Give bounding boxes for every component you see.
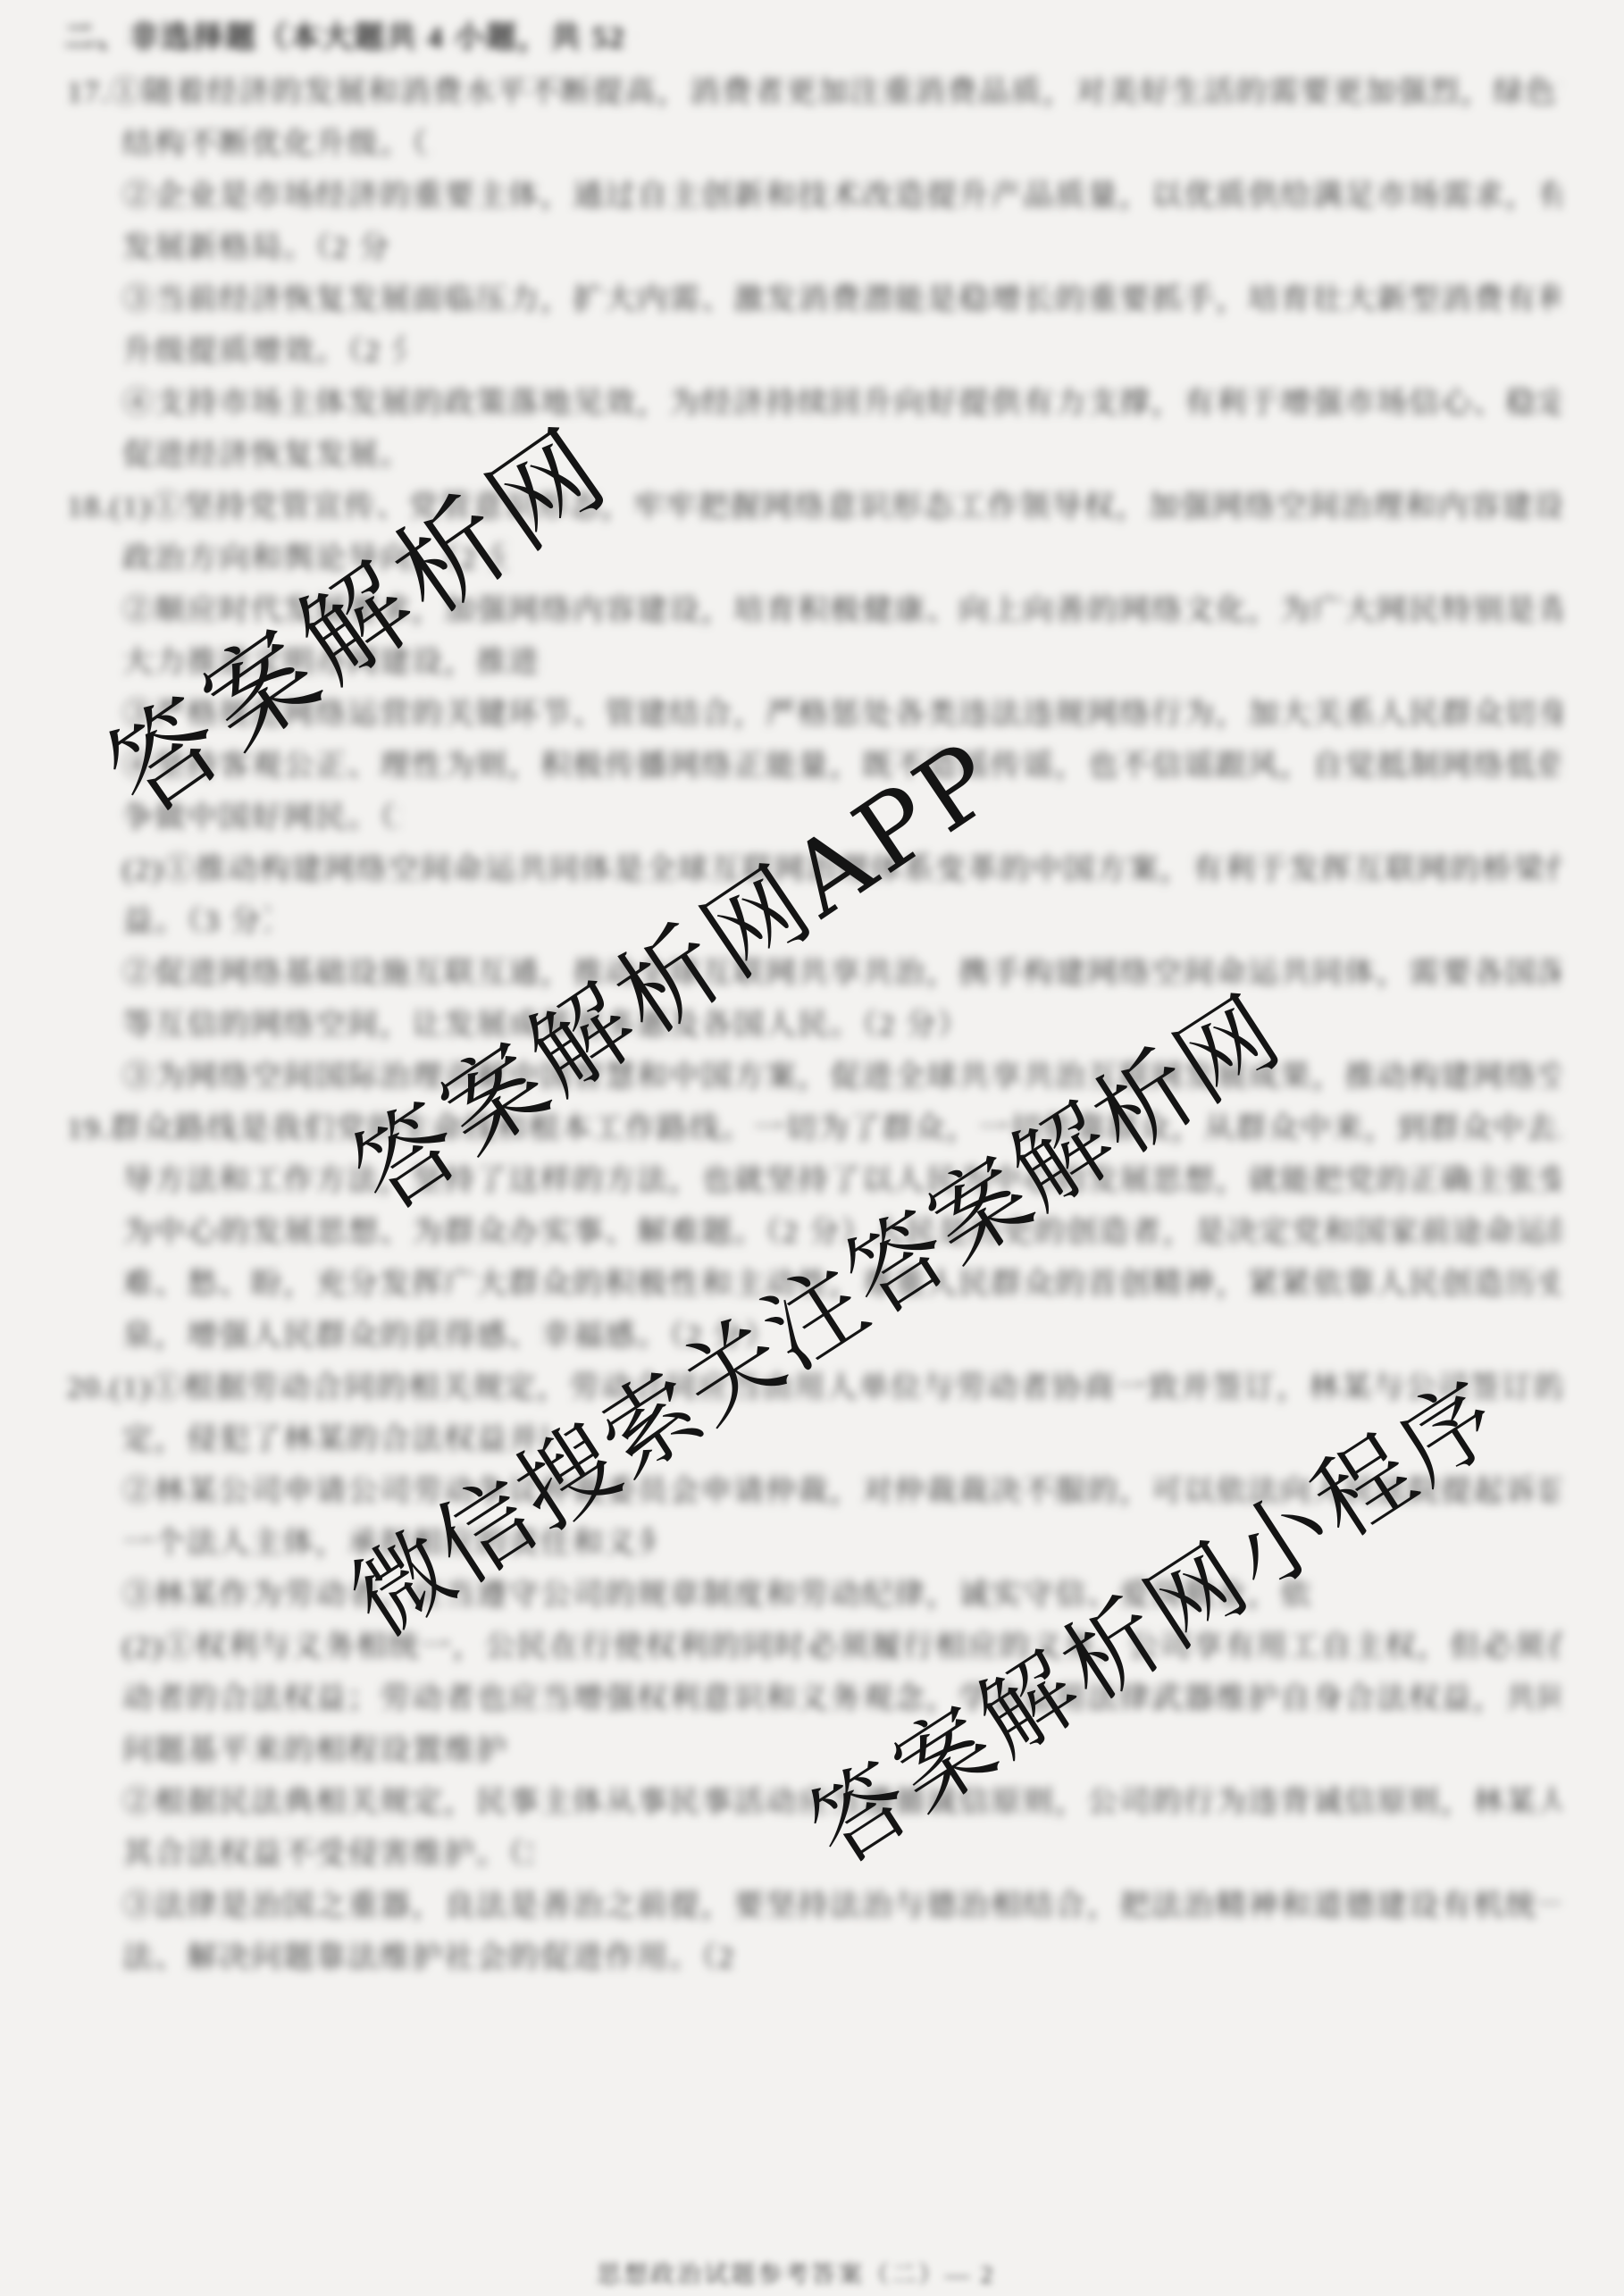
answer-text-line: 大力推进文明办网建设，推进社会主义建设需要我。（2 分） — [122, 642, 542, 683]
exam-answer-sheet-page: 二、非选择题（本大题共 4 小题，共 52 分） 17.①随着经济的发展和消费水… — [0, 0, 1624, 2296]
answer-text-line: ③为网络空间国际治理贡献中国智慧和中国方案，促进全球共享共治互联网发展成果，推动… — [122, 1057, 1561, 1098]
section-header: 二、非选择题（本大题共 4 小题，共 52 分） — [64, 18, 636, 59]
answer-text-line: ②根据民法典相关规定，民事主体从事民事活动应当遵循诚信原则，公司的行为违背诚信原… — [122, 1782, 1561, 1823]
answer-text-line: ④支持市场主体发展的政策落地见效，为经济持续回升向好提供有力支撑，有利于增强市场… — [122, 383, 1561, 424]
page-footer: 思想政治试题参考答案（二）— 2 — [597, 2255, 995, 2290]
answer-text-line: 等互信的网络空间，让发展成果更多惠及各国人民。（2 分） — [122, 1005, 949, 1046]
answer-text-line: (2)①权利与义务相统一，公民在行使权利的同时必须履行相应的义务，公司享有用工自… — [122, 1627, 1561, 1668]
answer-text-line: ②企业是市场经济的重要主体，通过自主创新和技术改造提升产品质量，以优质供给满足市… — [122, 176, 1561, 217]
answer-text-line: 争做中国好网民。（2 分） — [122, 798, 399, 839]
answer-text-line: 20.(1)①根据劳动合同的相关规定，劳动合同应当由用人单位与劳动者协商一致并签… — [67, 1368, 1561, 1409]
answer-text-line: 结构不断优化升级。（2 分） — [122, 124, 431, 165]
answer-text-line: (2)①推动构建网络空间命运共同体是全球互联网治理体系变革的中国方案，有利于发挥… — [122, 850, 1561, 891]
answer-text-line: 益。（3 分） — [122, 901, 270, 943]
answer-text-line: 为中心的发展思想、为群众办实事、解难题。（2 分）人民是历史的创造者，是决定党和… — [122, 1212, 1561, 1253]
answer-text-line: 其合法权益不受侵害维护。（3 分） — [122, 1834, 533, 1875]
answer-text-line: 难、愁、盼，充分发挥广大群众的积极性和主动性，尊重人民群众的首创精神，紧紧依靠人… — [122, 1264, 1561, 1305]
answer-text-line: ②林某公司申请公司劳动争议仲裁委员会申请仲裁，对仲裁裁决不服的，可以依法向人民法… — [122, 1471, 1561, 1513]
answer-text-line: 导方法和工作方法，坚持了这样的方法，也就坚持了以人民为中心的发展思想，就能把党的… — [122, 1161, 1561, 1202]
answer-text-line: 促进经济恢复发展。（2 分） — [122, 435, 408, 476]
answer-text-line: ③法律是治国之重器，良法是善治之前提，要坚持法治与德治相结合，把法治精神和道德建… — [122, 1886, 1561, 1927]
answer-text-line: 18.(1)①坚持党管宣传、党管意识形态，牢牢把握网络意识形态工作领导权，加强网… — [67, 487, 1561, 528]
answer-text-line: 19.群众路线是我们党的生命线和根本工作路线。一切为了群众，一切依靠群众，从群众… — [67, 1109, 1561, 1150]
answer-text-line: 政治方向和舆论导向。（2 分） — [122, 539, 506, 580]
answer-text-line: 动者的合法权益；劳动者也应当增强权利意识和义务观念，学会运用法律武器维护自身合法… — [122, 1679, 1561, 1720]
answer-text-line: ③林某作为劳动者，应当遵守公司的规章制度和劳动纪律，诚实守信、爱岗敬业，依法行使… — [122, 1575, 1310, 1616]
answer-text-line: ③当前经济恢复发展面临压力，扩大内需、激发消费潜能是稳增长的重要抓手，培育壮大新… — [122, 280, 1561, 321]
answer-text-line: 泉，增强人民群众的获得感、幸福感。（2 分） — [122, 1316, 777, 1357]
answer-text-line: ②顺应时代发展要求，加强网络内容建设，培育积极健康、向上向善的网络文化，为广大网… — [122, 591, 1561, 632]
answer-text-line: 定，侵犯了林某的合法权益并取得同意。（3 分） — [122, 1420, 547, 1461]
answer-text-line: 问题基平来的相程设置维护。（3 分） — [122, 1730, 506, 1772]
answer-text-line: 一个法人主体，承担相应的责任和义务。（3 分） — [122, 1523, 654, 1564]
answer-text-line: 17.①随着经济的发展和消费水平不断提高，消费者更加注重消费品质，对美好生活的需… — [67, 72, 1561, 113]
answer-text-line: ④坚持客观公正、理性为则，积极传播网络正能量，既不造谣传谣，也不信谣跟风，自觉抵… — [122, 746, 1561, 787]
answer-text-line: ③严格规范网络运营的关键环节、管建结合，严格惩处各类违法违规网络行为，加大关系人… — [122, 694, 1561, 735]
answer-text-line: ②促进网络基础设施互联互通，推动全球互联网共享共治，携手构建网络空间命运共同体，… — [122, 953, 1561, 994]
answer-text-line: 升级提质增效。（2 分） — [122, 331, 404, 373]
answer-text-line: 发展新格局。（2 分） — [122, 228, 390, 269]
answer-text-line: 法、解决问题靠法维护社会的促进作用。（2 分） — [122, 1938, 739, 1979]
